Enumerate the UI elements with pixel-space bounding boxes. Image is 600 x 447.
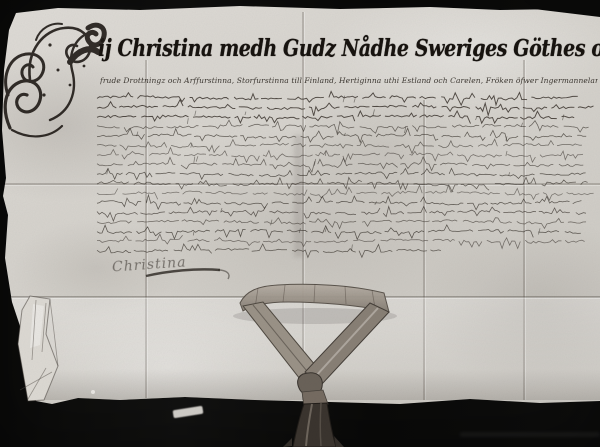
photograph: ij Christina medh Gudz Nådhe Sweriges Gö… (0, 0, 600, 447)
film-grain (0, 0, 600, 447)
